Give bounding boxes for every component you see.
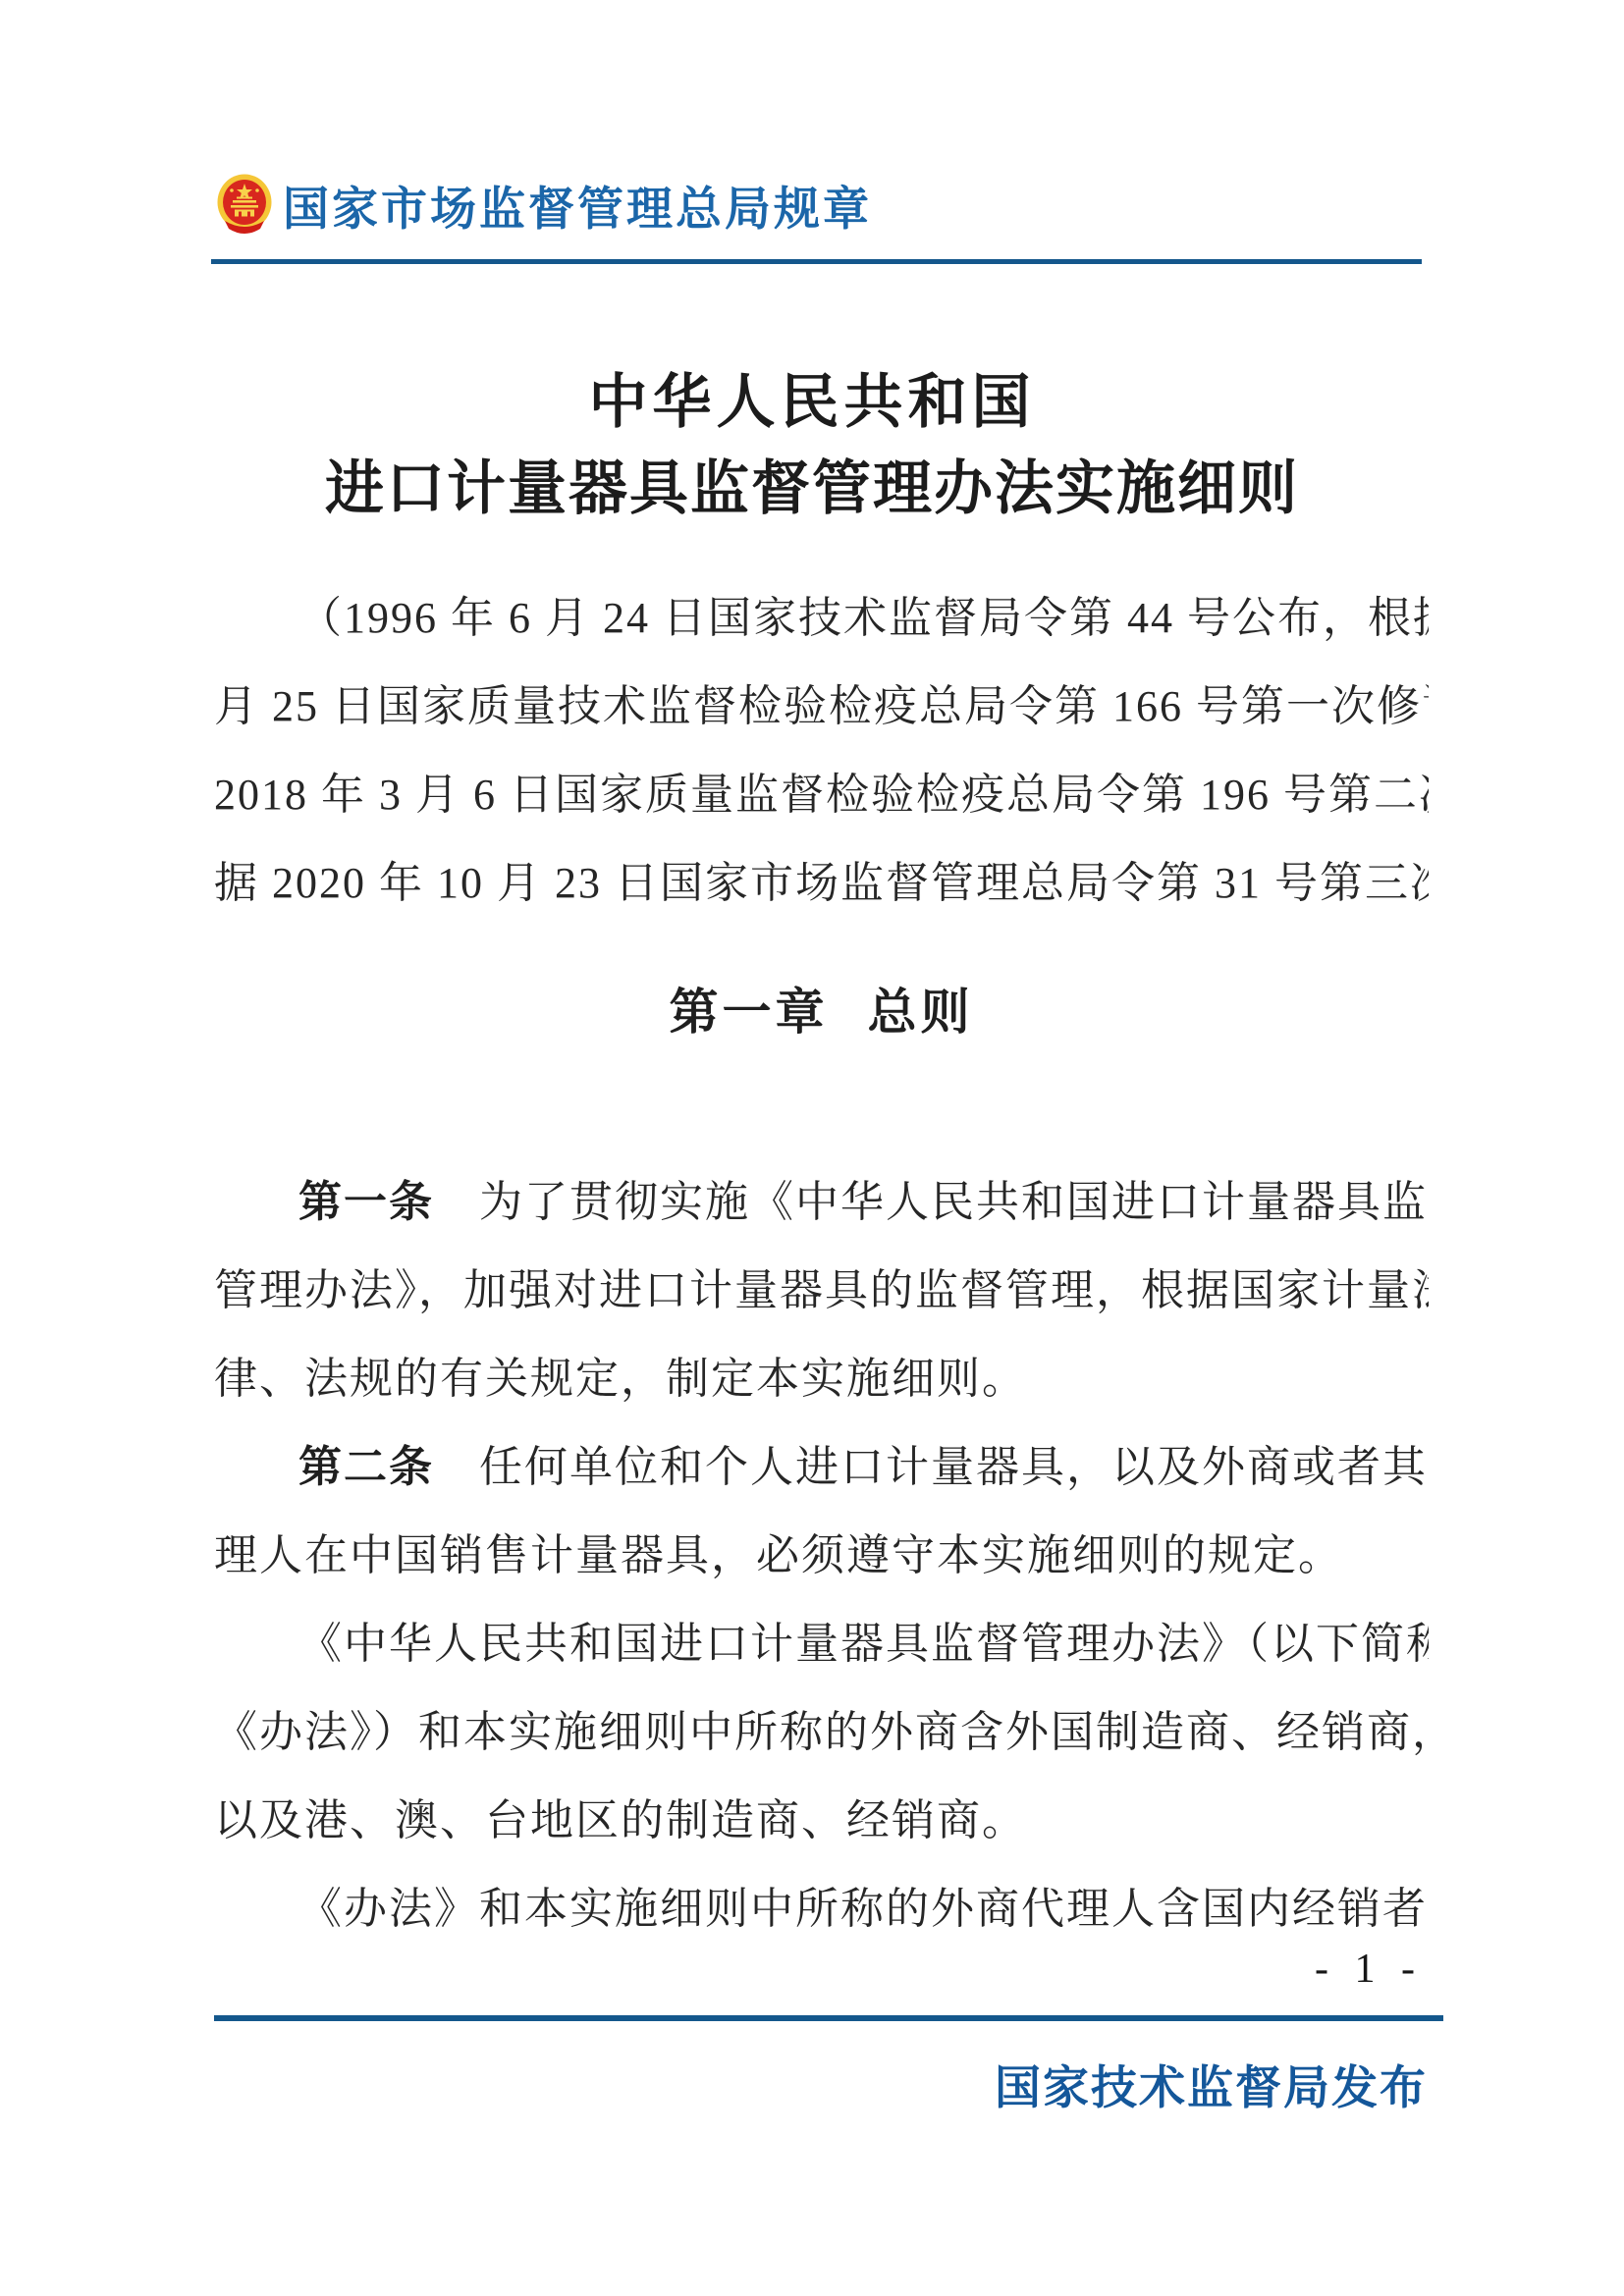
article-1-text: 为了贯彻实施《中华人民共和国进口计量器具监督	[479, 1178, 1429, 1226]
page-number: - 1 -	[1315, 1946, 1423, 1993]
preamble-line: 月 25 日国家质量技术监督检验检疫总局令第 166 号第一次修订，根据	[214, 663, 1429, 751]
china-national-emblem-icon	[216, 174, 273, 237]
document-title: 中华人民共和国 进口计量器具监督管理办法实施细则	[0, 359, 1624, 532]
article-2-line: 理人在中国销售计量器具，必须遵守本实施细则的规定。	[214, 1512, 1429, 1600]
page-header: 国家市场监督管理总局规章	[216, 173, 872, 238]
article-2-number: 第二条	[298, 1443, 434, 1491]
paragraph-line: 以及港、澳、台地区的制造商、经销商。	[214, 1777, 1429, 1865]
header-divider	[211, 259, 1422, 264]
article-1-line: 管理办法》，加强对进口计量器具的监督管理，根据国家计量法	[214, 1247, 1429, 1335]
article-1-number: 第一条	[298, 1178, 434, 1226]
paragraph-line: 《办法》）和本实施细则中所称的外商含外国制造商、经销商，	[214, 1688, 1429, 1777]
document-title-line1: 中华人民共和国	[0, 359, 1624, 446]
document-title-line2: 进口计量器具监督管理办法实施细则	[0, 446, 1624, 532]
footer-divider	[214, 2015, 1443, 2021]
preamble-line: 2018 年 3 月 6 日国家质量监督检验检疫总局令第 196 号第二次修订，…	[214, 751, 1429, 839]
paragraph-line: 《办法》和本实施细则中所称的外商代理人含国内经销者。	[214, 1865, 1429, 1953]
paragraph-line: 《中华人民共和国进口计量器具监督管理办法》（以下简称	[214, 1600, 1429, 1688]
article-1-line: 第一条为了贯彻实施《中华人民共和国进口计量器具监督	[214, 1158, 1429, 1247]
document-page: 国家市场监督管理总局规章 中华人民共和国 进口计量器具监督管理办法实施细则 （1…	[0, 0, 1624, 2296]
article-2-line: 第二条任何单位和个人进口计量器具，以及外商或者其代	[214, 1423, 1429, 1512]
article-2-text: 任何单位和个人进口计量器具，以及外商或者其代	[479, 1443, 1429, 1491]
article-1-line: 律、法规的有关规定，制定本实施细则。	[214, 1335, 1429, 1423]
preamble-line: 据 2020 年 10 月 23 日国家市场监督管理总局令第 31 号第三次修订…	[214, 839, 1429, 928]
chapter-heading: 第一章 总则	[214, 982, 1429, 1042]
document-body: （1996 年 6 月 24 日国家技术监督局令第 44 号公布，根据 2015…	[214, 574, 1429, 1953]
publisher-label: 国家技术监督局发布	[995, 2052, 1428, 2117]
preamble-line: （1996 年 6 月 24 日国家技术监督局令第 44 号公布，根据 2015…	[214, 574, 1429, 663]
agency-label: 国家市场监督管理总局规章	[283, 173, 872, 239]
